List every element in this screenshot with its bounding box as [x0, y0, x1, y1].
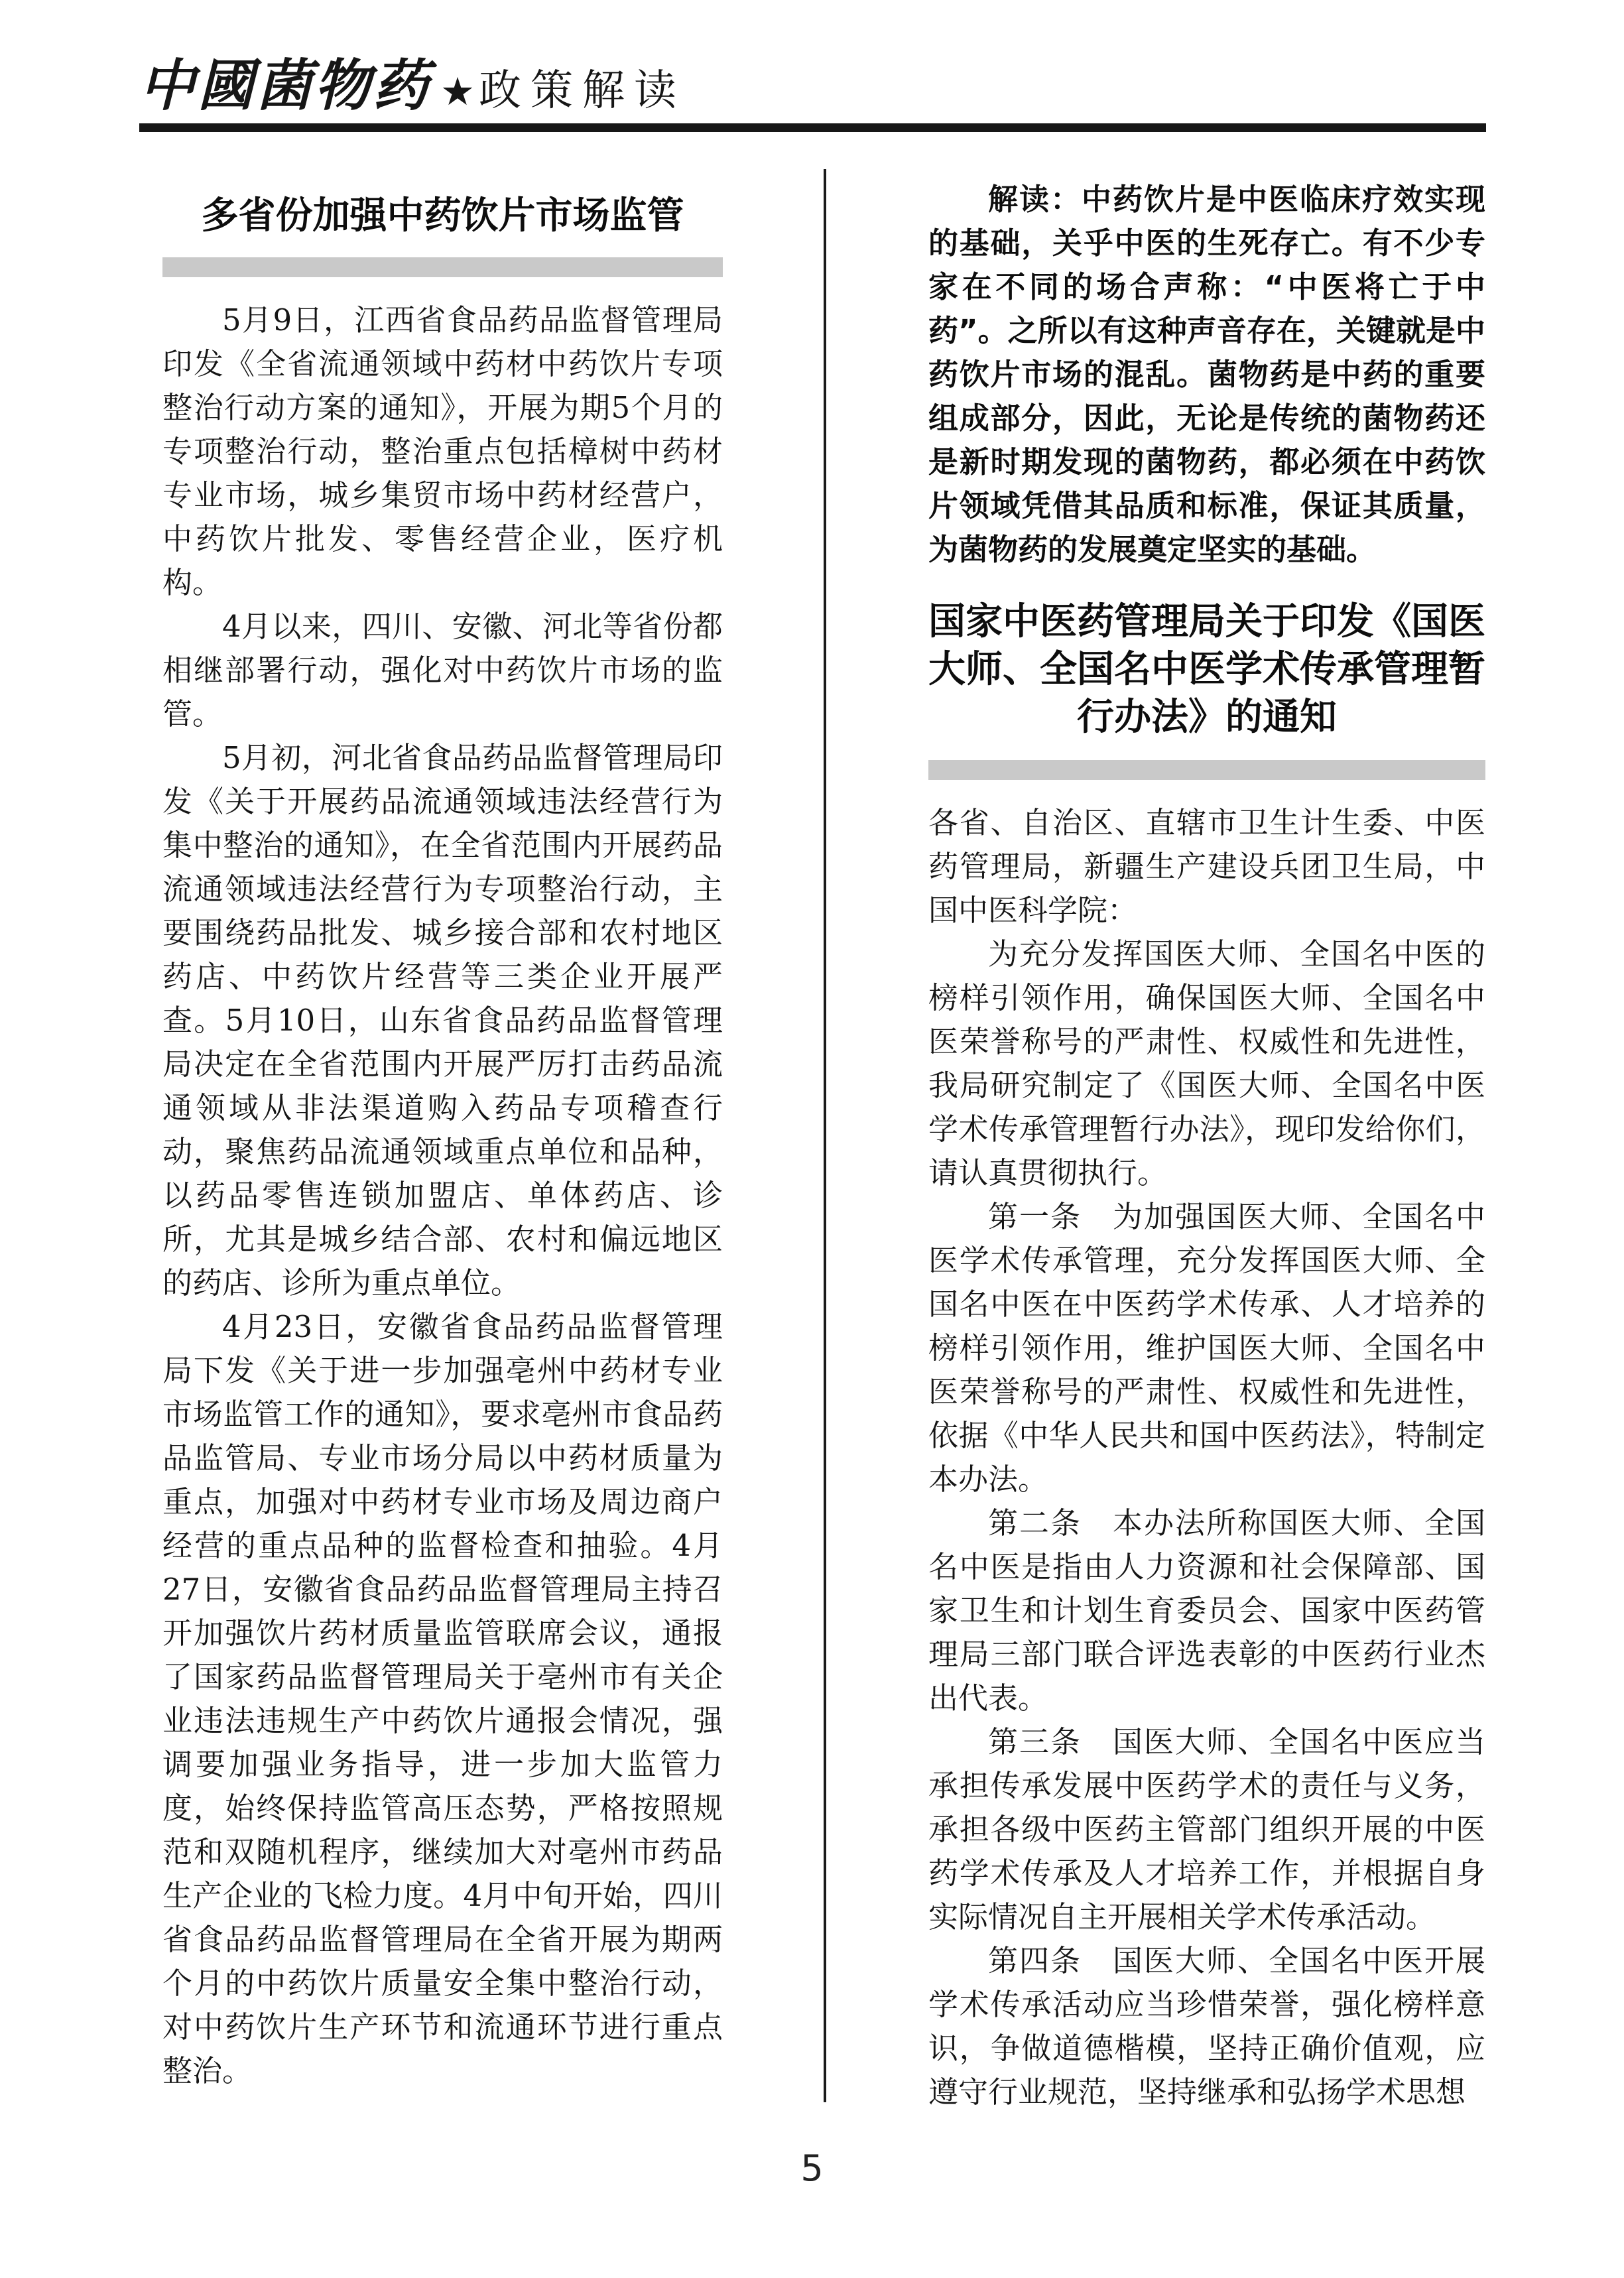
left-column: 多省份加强中药饮片市场监管 5月9日，江西省食品药品监督管理局印发《全省流通领域…: [162, 166, 723, 2114]
right-title-bar: [928, 760, 1485, 780]
paragraph: 第一条 为加强国医大师、全国名中医学术传承管理，充分发挥国医大师、全国名中医在中…: [928, 1195, 1485, 1501]
right-column: 解读：中药饮片是中医临床疗效实现的基础，关乎中医的生死存亡。有不少专家在不同的场…: [928, 166, 1485, 2114]
left-title-bar: [162, 257, 723, 277]
page-footer: 5: [0, 2147, 1624, 2189]
page-content: 多省份加强中药饮片市场监管 5月9日，江西省食品药品监督管理局印发《全省流通领域…: [162, 166, 1485, 2114]
interpretation-paragraph: 解读：中药饮片是中医临床疗效实现的基础，关乎中医的生死存亡。有不少专家在不同的场…: [928, 178, 1485, 572]
paragraph: 第二条 本办法所称国医大师、全国名中医是指由人力资源和社会保障部、国家卫生和计划…: [928, 1501, 1485, 1720]
paragraph: 4月23日，安徽省食品药品监督管理局下发《关于进一步加强亳州中药材专业市场监管工…: [162, 1305, 723, 2093]
paragraph: 为充分发挥国医大师、全国名中医的榜样引领作用，确保国医大师、全国名中医荣誉称号的…: [928, 932, 1485, 1195]
page-number: 5: [800, 2147, 823, 2189]
paragraph: 第三条 国医大师、全国名中医应当承担传承发展中医药学术的责任与义务，承担各级中医…: [928, 1720, 1485, 1939]
paragraph: 5月9日，江西省食品药品监督管理局印发《全省流通领域中药材中药饮片专项整治行动方…: [162, 298, 723, 605]
right-article-body: 各省、自治区、直辖市卫生计生委、中医药管理局，新疆生产建设兵团卫生局，中国中医科…: [928, 801, 1485, 2114]
paragraph: 第四条 国医大师、全国名中医开展学术传承活动应当珍惜荣誉，强化榜样意识，争做道德…: [928, 1939, 1485, 2114]
paragraph: 5月初，河北省食品药品监督管理局印发《关于开展药品流通领域违法经营行为集中整治的…: [162, 736, 723, 1305]
page-header: 中國菌物药 ★ 政策解读: [139, 41, 686, 121]
journal-logo: 中國菌物药: [139, 41, 431, 121]
section-title: 政策解读: [479, 56, 686, 117]
magazine-page: 中國菌物药 ★ 政策解读 多省份加强中药饮片市场监管 5月9日，江西省食品药品监…: [0, 0, 1624, 2278]
paragraph: 4月以来，四川、安徽、河北等省份都相继部署行动，强化对中药饮片市场的监管。: [162, 605, 723, 736]
star-icon: ★: [440, 69, 475, 114]
right-article-title: 国家中医药管理局关于印发《国医大师、全国名中医学术传承管理暂行办法》的通知: [928, 598, 1485, 741]
salutation-paragraph: 各省、自治区、直辖市卫生计生委、中医药管理局，新疆生产建设兵团卫生局，中国中医科…: [928, 801, 1485, 932]
left-article-title: 多省份加强中药饮片市场监管: [162, 194, 723, 239]
left-article-body: 5月9日，江西省食品药品监督管理局印发《全省流通领域中药材中药饮片专项整治行动方…: [162, 298, 723, 2093]
header-rule: [139, 123, 1486, 132]
